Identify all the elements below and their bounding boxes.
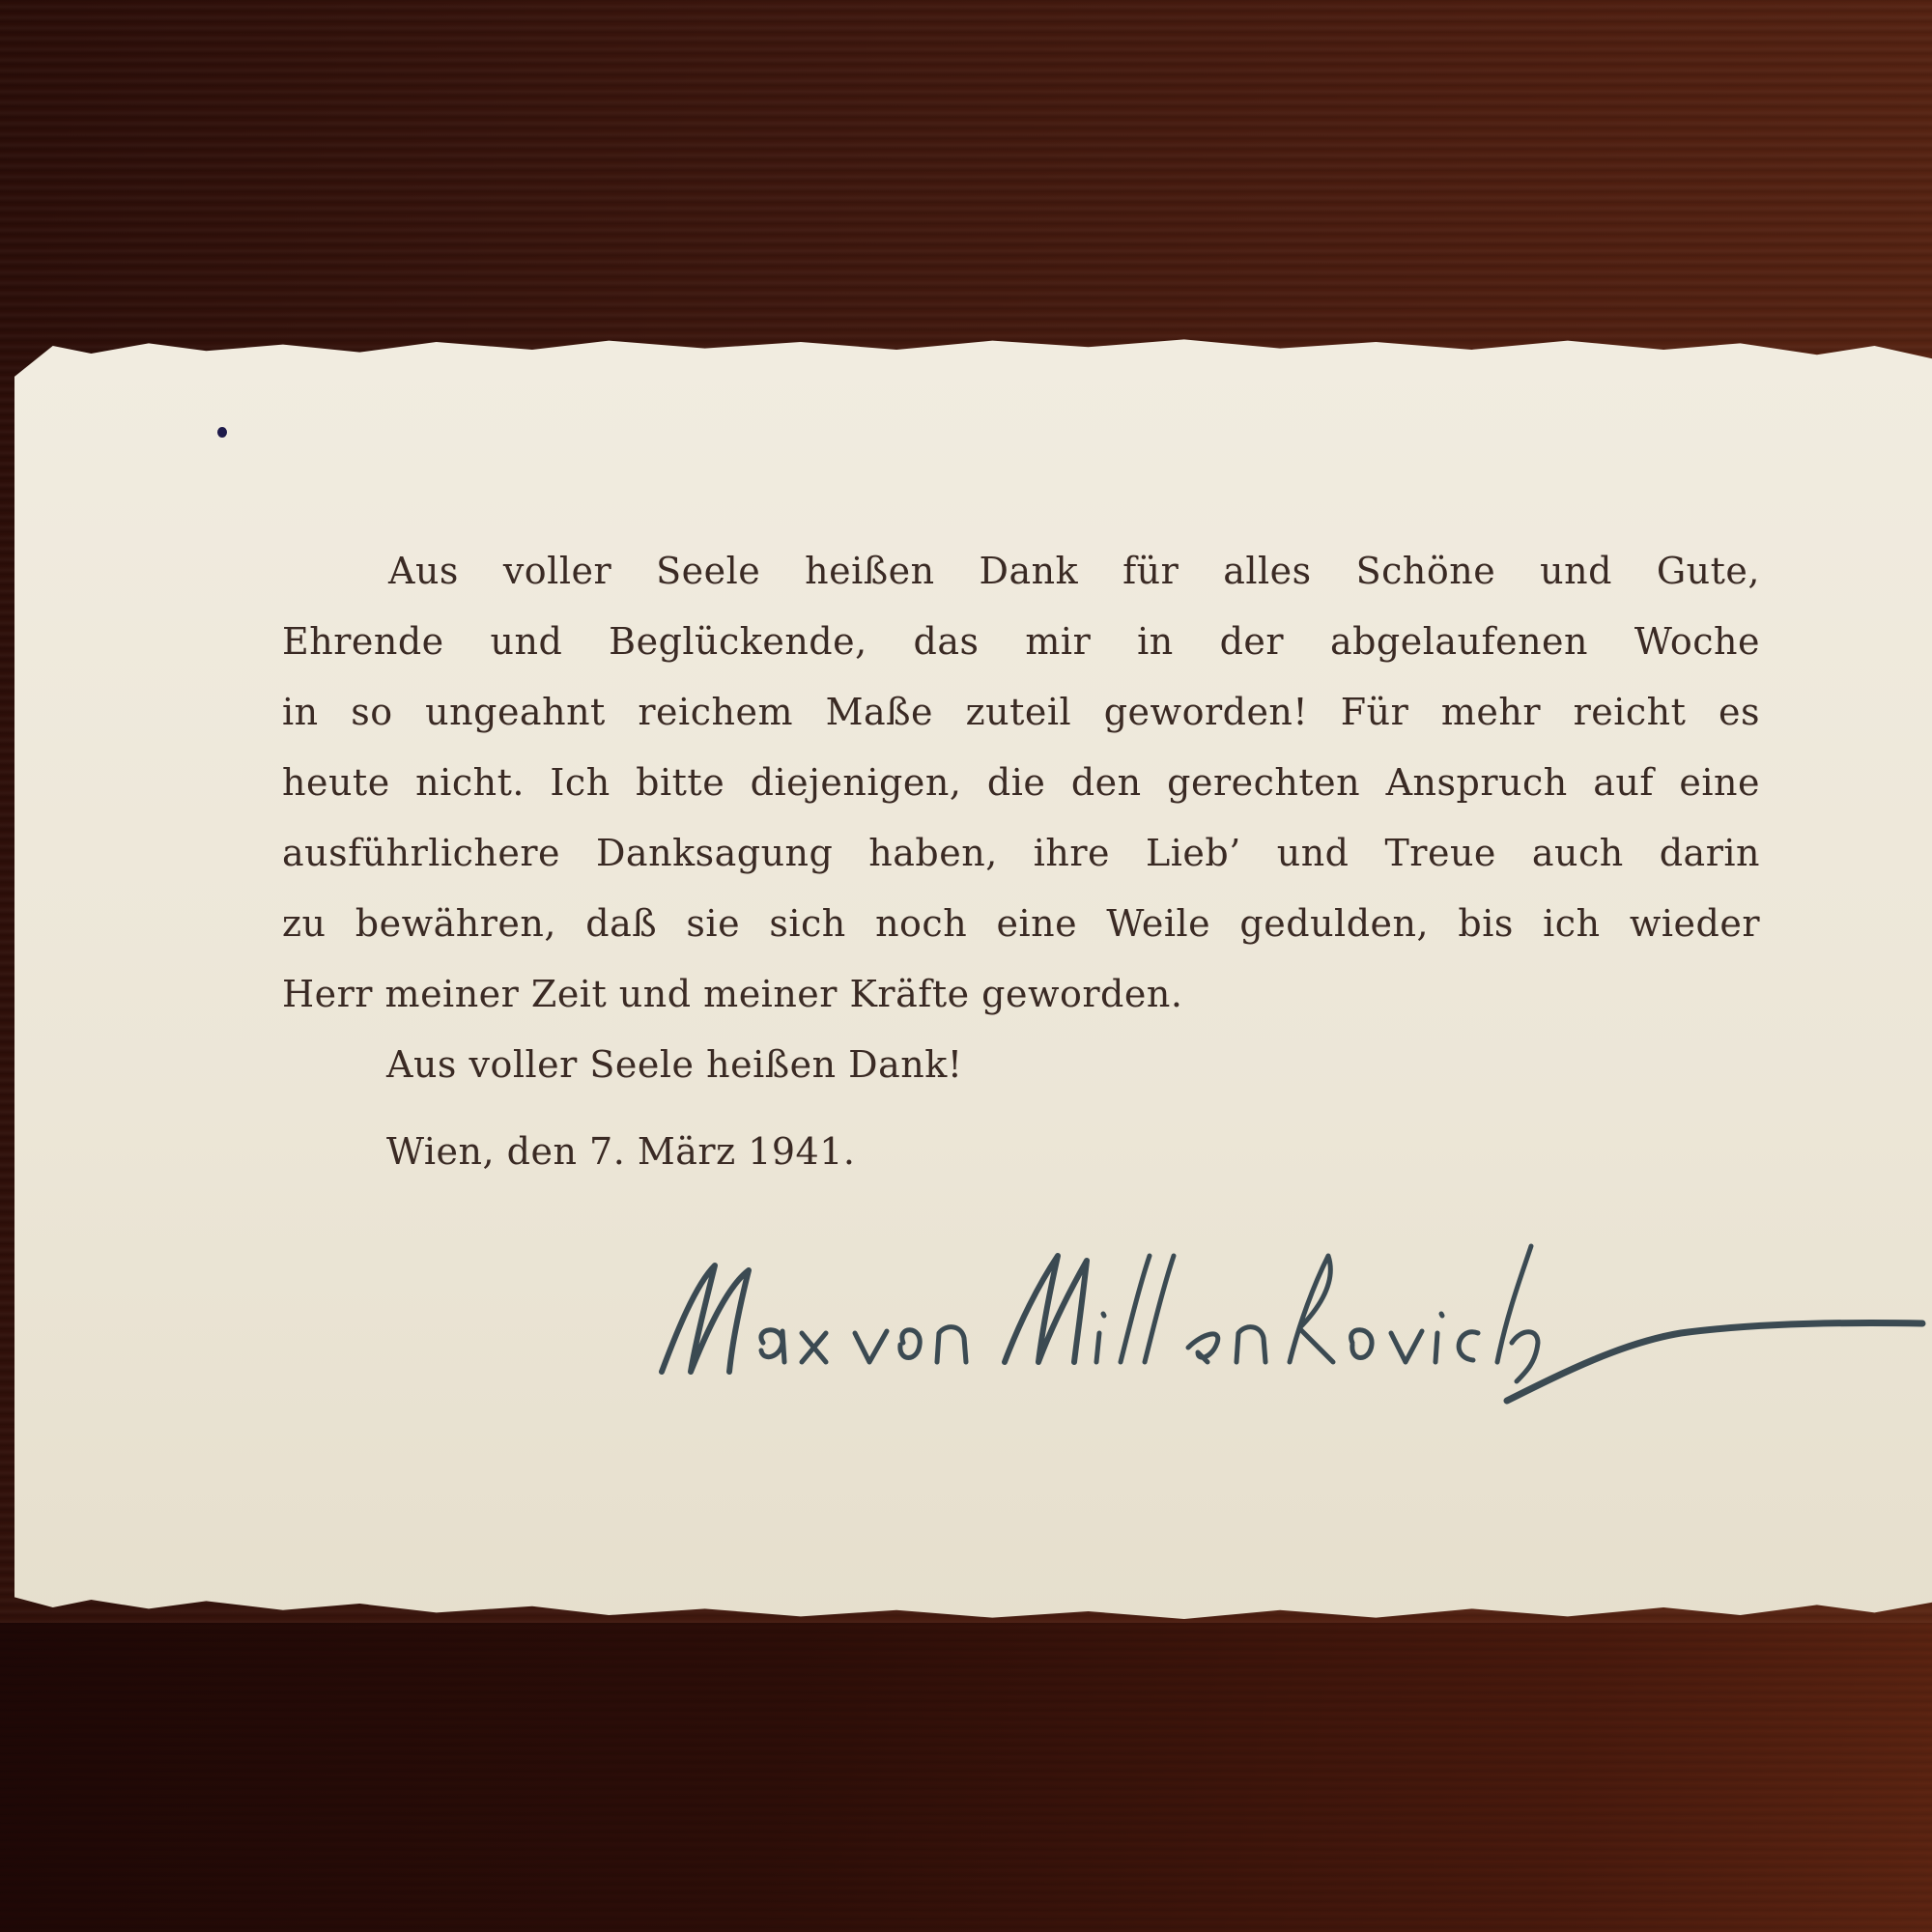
body-line: ausführlichere Danksagung haben, ihre Li… — [282, 818, 1760, 889]
signature-strokes — [657, 1217, 1932, 1410]
card-body-text: Aus voller Seele heißen Dank für alles S… — [282, 536, 1760, 1100]
handwritten-signature: Max von Millenkovich — [657, 1217, 1932, 1410]
body-line: Aus voller Seele heißen Dank für alles S… — [282, 536, 1760, 607]
closing-line: Aus voller Seele heißen Dank! — [282, 1030, 1760, 1100]
body-line: Ehrende und Beglückende, das mir in der … — [282, 607, 1760, 677]
ink-spot — [217, 427, 227, 438]
body-line: in so ungeahnt reichem Maße zuteil gewor… — [282, 677, 1760, 748]
wooden-table-surface — [0, 1623, 1932, 1932]
body-line: Herr meiner Zeit und meiner Kräfte gewor… — [282, 959, 1760, 1030]
place-and-date: Wien, den 7. März 1941. — [386, 1130, 855, 1173]
body-line: zu bewähren, daß sie sich noch eine Weil… — [282, 889, 1760, 959]
body-line: heute nicht. Ich bitte diejenigen, die d… — [282, 748, 1760, 818]
